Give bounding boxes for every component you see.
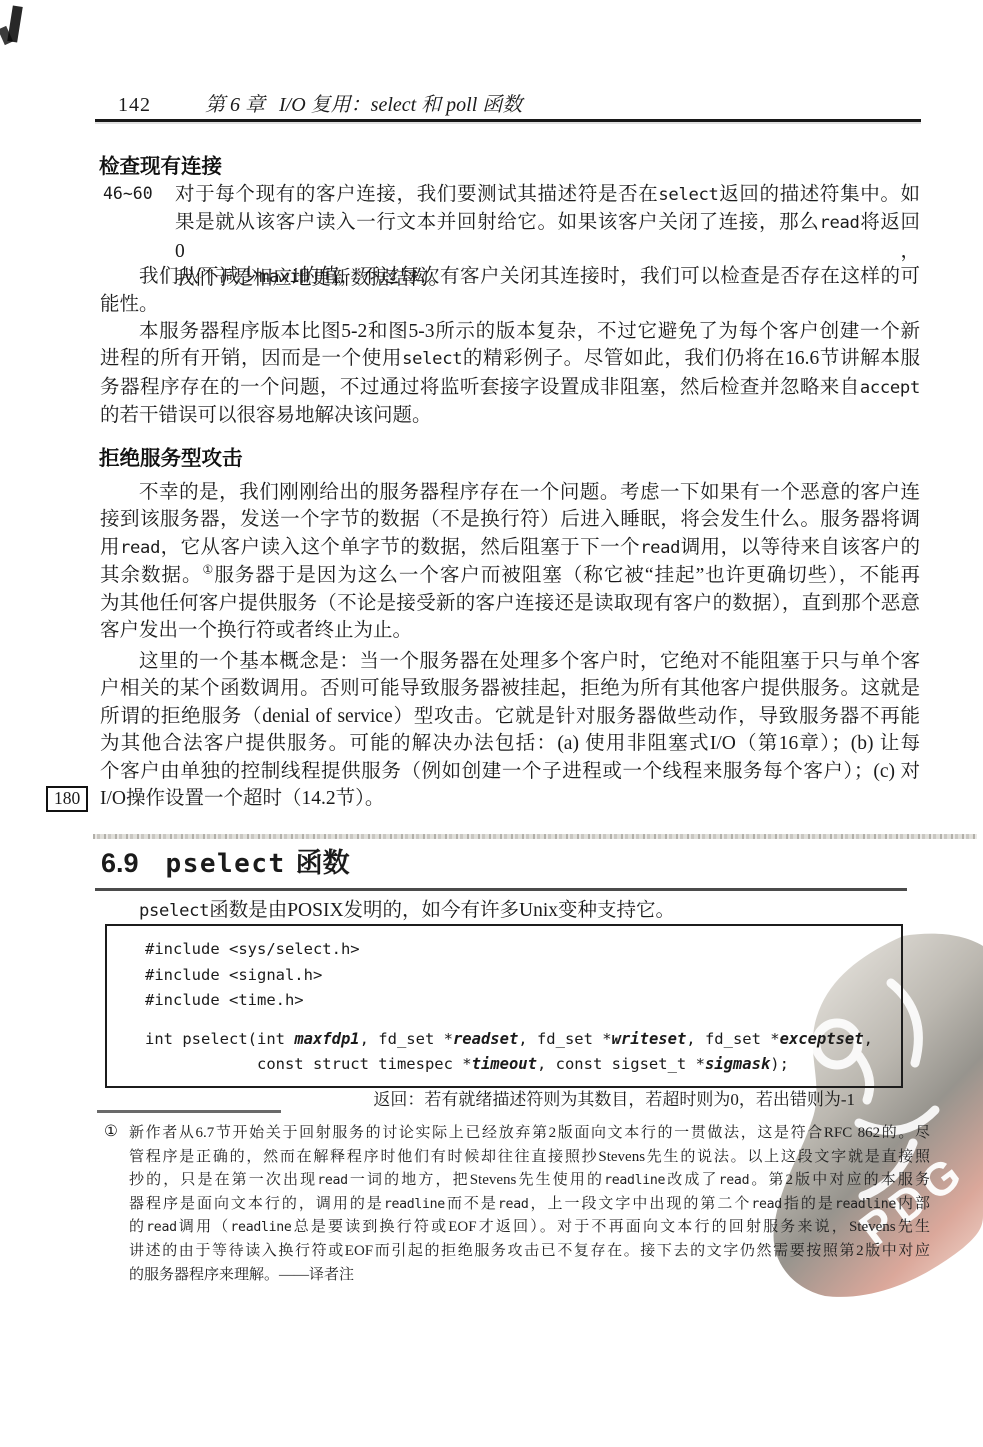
margin-page-ref: 180 xyxy=(46,786,88,812)
paragraph-pselect-intro: pselect函数是由POSIX发明的，如今有许多Unix变种支持它。 xyxy=(100,897,920,925)
subheading-denial-of-service: 拒绝服务型攻击 xyxy=(99,441,243,471)
code-listing: #include <sys/select.h>#include <signal.… xyxy=(145,937,855,1078)
page-number: 142 xyxy=(118,94,151,116)
chapter-label: 第 6 章 xyxy=(205,94,265,116)
page-header: 142第 6 章I/O 复用：select 和 poll 函数 xyxy=(118,88,522,117)
footnote-marker: ① xyxy=(104,1122,118,1141)
section-heading-rule xyxy=(95,888,907,891)
paragraph-server-version: 本服务器程序版本比图5-2和图5-3所示的版本复杂，不过它避免了为每个客户创建一… xyxy=(100,318,920,430)
subheading-check-connections: 检查现有连接 xyxy=(99,149,222,179)
section-heading-pselect: 6.9pselect函数 xyxy=(101,841,350,880)
paragraph-dos-problem: 不幸的是，我们刚刚给出的服务器程序存在一个问题。考虑一下如果有一个恶意的客户连接… xyxy=(100,479,920,644)
function-prototype-box: #include <sys/select.h>#include <signal.… xyxy=(105,924,903,1088)
section-top-rule xyxy=(93,834,977,839)
section-suffix: 函数 xyxy=(296,848,350,878)
footnote-text: 新作者从6.7节开始关于回射服务的讨论实际上已经放弃第2版面向文本行的一贯做法，… xyxy=(129,1122,930,1287)
book-page: PDG 142第 6 章I/O 复用：select 和 poll 函数 检查现有… xyxy=(0,0,983,1447)
section-number: 6.9 xyxy=(101,848,139,878)
section-keyword: pselect xyxy=(166,849,286,879)
paragraph-dos-concept: 这里的一个基本概念是：当一个服务器在处理多个客户时，它绝对不能阻塞于只与单个客户… xyxy=(100,648,920,812)
header-rule xyxy=(95,119,921,122)
paragraph-maxi: 我们从不减少maxi的值，不过每次有客户关闭其连接时，我们可以检查是否存在这样的… xyxy=(100,263,920,319)
footnote-rule xyxy=(97,1110,281,1113)
chapter-title: I/O 复用：select 和 poll 函数 xyxy=(279,94,522,116)
return-value-note: 返回：若有就绪描述符则为其数目，若超时则为0，若出错则为-1 xyxy=(145,1085,855,1110)
